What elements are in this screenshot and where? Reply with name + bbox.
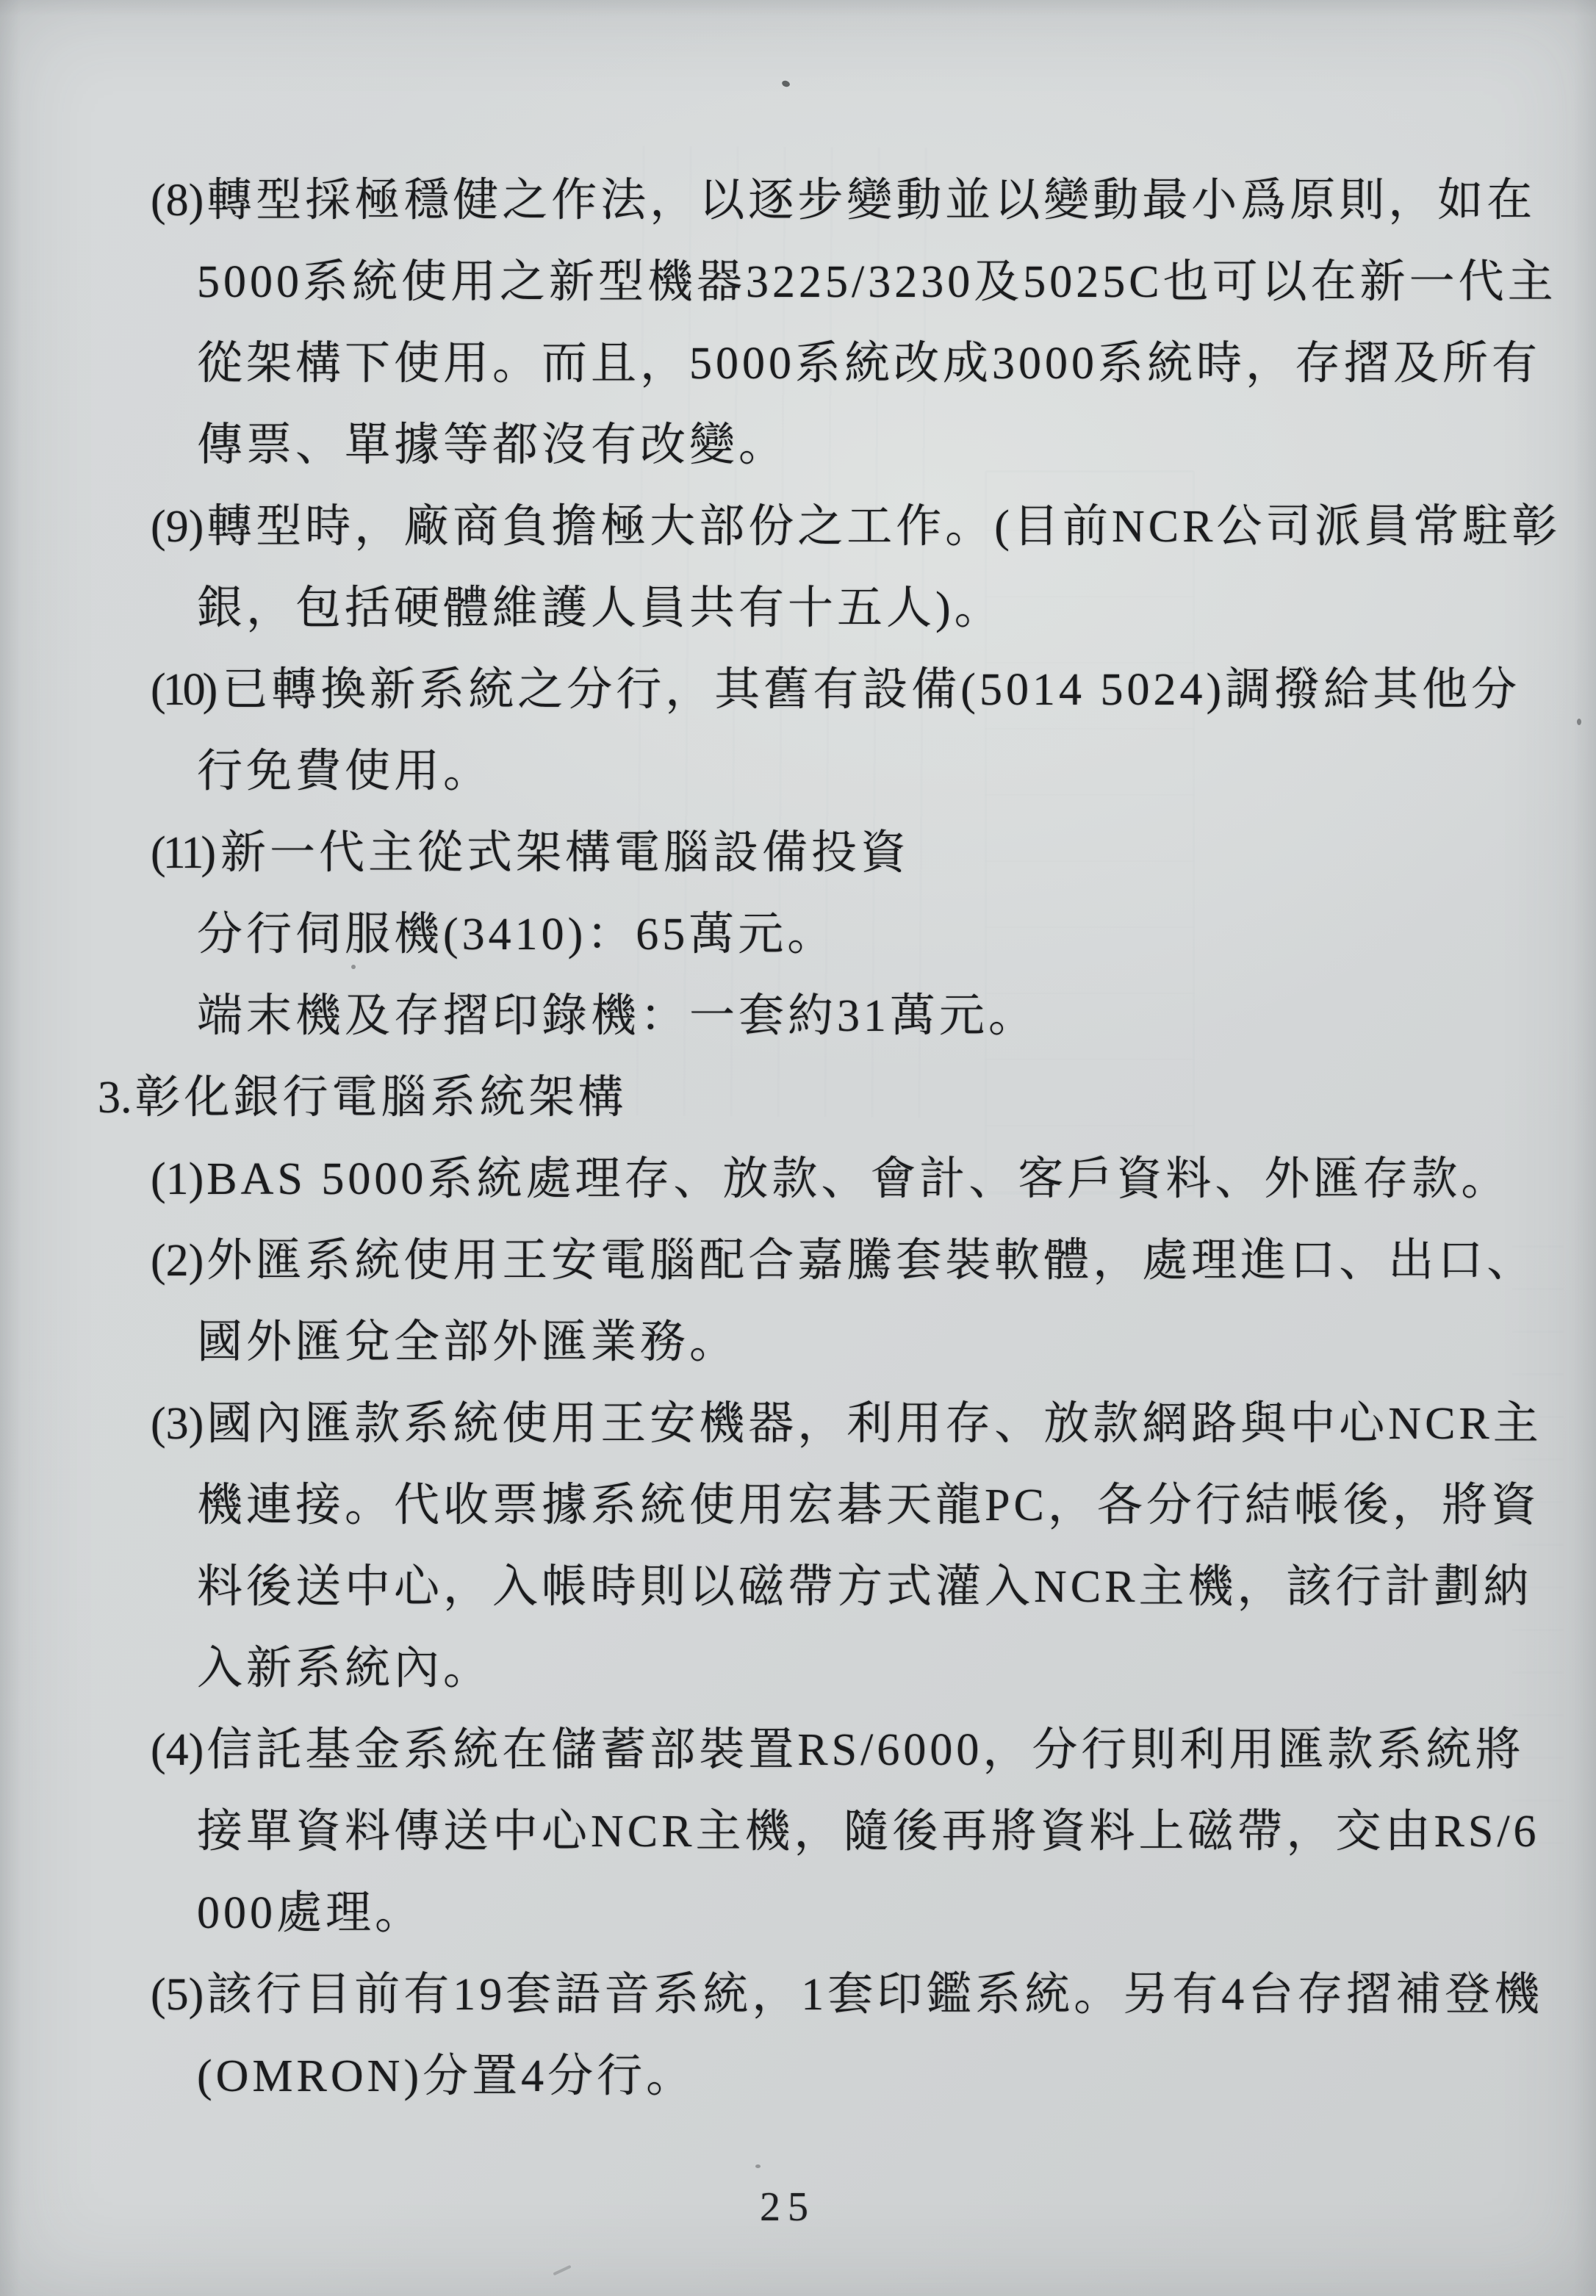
text-line: 000處理。 [0, 1873, 1596, 1954]
page-number: 25 [0, 2184, 1586, 2231]
line-text: 機連接。代收票據系統使用宏碁天龍PC，各分行結帳後，將資 [197, 1480, 1540, 1530]
line-text: 新一代主從式架構電腦設備投資 [220, 828, 910, 878]
line-text: 信託基金系統在儲蓄部裝置RS/6000，分行則利用匯款系統將 [206, 1725, 1524, 1775]
document-body: (8)轉型採極穩健之作法，以逐步變動並以變動最小爲原則，如在5000系統使用之新… [0, 160, 1596, 2117]
text-line: 5000系統使用之新型機器3225/3230及5025C也可以在新一代主 [0, 242, 1596, 323]
line-text: 料後送中心，入帳時則以磁帶方式灌入NCR主機，該行計劃納 [197, 1562, 1532, 1612]
text-line: 入新系統內。 [0, 1628, 1596, 1710]
item-marker: (3) [151, 1383, 204, 1465]
line-text: 5000系統使用之新型機器3225/3230及5025C也可以在新一代主 [197, 257, 1557, 307]
text-line: (8)轉型採極穩健之作法，以逐步變動並以變動最小爲原則，如在 [0, 160, 1596, 242]
text-line: 分行伺服機(3410)：65萬元。 [0, 894, 1596, 976]
item-marker: (2) [151, 1220, 204, 1302]
text-line: 端末機及存摺印錄機：一套約31萬元。 [0, 976, 1596, 1057]
line-text: 銀，包括硬體維護人員共有十五人)。 [197, 583, 1004, 633]
text-line: 料後送中心，入帳時則以磁帶方式灌入NCR主機，該行計劃納 [0, 1547, 1596, 1628]
line-text: 入新系統內。 [197, 1644, 492, 1694]
text-line: 機連接。代收票據系統使用宏碁天龍PC，各分行結帳後，將資 [0, 1465, 1596, 1547]
text-line: (OMRON)分置4分行。 [0, 2036, 1596, 2117]
line-text: 行免費使用。 [197, 746, 492, 796]
line-text: 傳票、單據等都沒有改變。 [197, 420, 788, 470]
item-marker: 3. [98, 1057, 132, 1139]
item-marker: (11) [151, 813, 213, 894]
text-line: (5)該行目前有19套語音系統，1套印鑑系統。另有4台存摺補登機 [0, 1954, 1596, 2036]
item-marker: (4) [151, 1710, 204, 1791]
item-marker: (10) [151, 649, 215, 731]
text-line: 3.彰化銀行電腦系統架構 [0, 1057, 1596, 1139]
line-text: 分行伺服機(3410)：65萬元。 [197, 910, 836, 960]
text-line: 國外匯兌全部外匯業務。 [0, 1302, 1596, 1383]
line-text: 彰化銀行電腦系統架構 [135, 1073, 628, 1123]
line-text: 國外匯兌全部外匯業務。 [197, 1317, 738, 1367]
text-line: (1)BAS 5000系統處理存、放款、會計、客戶資料、外匯存款。 [0, 1139, 1596, 1220]
line-text: 端末機及存摺印錄機：一套約31萬元。 [197, 991, 1038, 1041]
text-line: 接單資料傳送中心NCR主機，隨後再將資料上磁帶，交由RS/6 [0, 1791, 1596, 1873]
item-marker: (9) [151, 486, 204, 568]
text-line: (10)已轉換新系統之分行，其舊有設備(5014 5024)調撥給其他分 [0, 649, 1596, 731]
text-line: (9)轉型時，廠商負擔極大部份之工作。(目前NCR公司派員常駐彰 [0, 486, 1596, 568]
text-line: 銀，包括硬體維護人員共有十五人)。 [0, 568, 1596, 649]
line-text: 已轉換新系統之分行，其舊有設備(5014 5024)調撥給其他分 [222, 665, 1520, 715]
line-text: 外匯系統使用王安電腦配合嘉騰套裝軟體，處理進口、出口、 [206, 1236, 1536, 1286]
line-text: BAS 5000系統處理存、放款、會計、客戶資料、外匯存款。 [206, 1154, 1510, 1204]
line-text: 從架構下使用。而且，5000系統改成3000系統時，存摺及所有 [197, 339, 1541, 389]
line-text: 轉型採極穩健之作法，以逐步變動並以變動最小爲原則，如在 [206, 176, 1536, 226]
line-text: 000處理。 [197, 1888, 424, 1938]
text-line: (2)外匯系統使用王安電腦配合嘉騰套裝軟體，處理進口、出口、 [0, 1220, 1596, 1302]
item-marker: (5) [151, 1954, 204, 2036]
line-text: 轉型時，廠商負擔極大部份之工作。(目前NCR公司派員常駐彰 [206, 502, 1561, 552]
item-marker: (8) [151, 160, 204, 242]
text-line: (11)新一代主從式架構電腦設備投資 [0, 813, 1596, 894]
text-line: 傳票、單據等都沒有改變。 [0, 405, 1596, 486]
line-text: 該行目前有19套語音系統，1套印鑑系統。另有4台存摺補登機 [206, 1970, 1543, 2020]
item-marker: (1) [151, 1139, 204, 1220]
line-text: (OMRON)分置4分行。 [197, 2051, 695, 2101]
text-line: 從架構下使用。而且，5000系統改成3000系統時，存摺及所有 [0, 323, 1596, 405]
text-line: (3)國內匯款系統使用王安機器，利用存、放款網路與中心NCR主 [0, 1383, 1596, 1465]
line-text: 接單資料傳送中心NCR主機，隨後再將資料上磁帶，交由RS/6 [197, 1807, 1540, 1857]
text-line: (4)信託基金系統在儲蓄部裝置RS/6000，分行則利用匯款系統將 [0, 1710, 1596, 1791]
text-line: 行免費使用。 [0, 731, 1596, 813]
line-text: 國內匯款系統使用王安機器，利用存、放款網路與中心NCR主 [206, 1399, 1542, 1449]
